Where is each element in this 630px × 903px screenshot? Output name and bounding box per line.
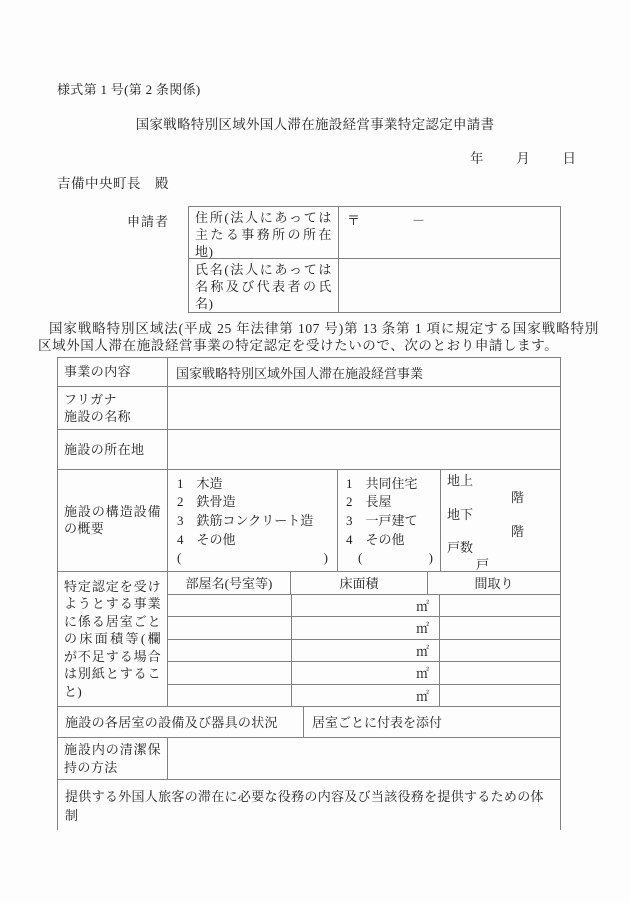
rooms-header-row: 部屋名(号室等) 床面積 間取り	[168, 572, 560, 595]
applicant-name-row: 氏名(法人にあっては名称及び代表者の氏名)	[189, 259, 560, 312]
building-type-option: 4 その他	[346, 531, 435, 550]
structure-label: 施設の構造設備の概要	[58, 470, 168, 571]
floors-above-label: 地上	[447, 473, 554, 490]
facility-name-label: フリガナ 施設の名称	[58, 387, 168, 429]
form-page: 様式第 1 号(第 2 条関係) 国家戦略特別区域外国人滞在施設経営事業特定認定…	[0, 0, 630, 903]
building-type-option: 3 一戸建て	[346, 512, 435, 531]
layout-cell	[440, 685, 560, 706]
main-table: 事業の内容 国家戦略特別区域外国人滞在施設経営事業 フリガナ 施設の名称 施設の…	[57, 357, 561, 830]
cleanliness-label: 施設内の清潔保持の方法	[58, 738, 168, 779]
facility-address-row: 施設の所在地	[58, 430, 560, 469]
room-rows: ㎡㎡㎡㎡㎡	[168, 595, 560, 706]
construction-option: 3 鉄筋コンクリート造	[177, 512, 328, 531]
floors-cell: 地上 階 地下 階 戸数 戸	[441, 470, 560, 571]
room-name-cell	[168, 662, 292, 683]
room-name-header: 部屋名(号室等)	[168, 572, 291, 594]
layout-cell	[440, 640, 560, 661]
room-row: ㎡	[168, 617, 560, 639]
applicant-name-label: 氏名(法人にあっては名称及び代表者の氏名)	[189, 259, 339, 312]
business-row: 事業の内容 国家戦略特別区域外国人滞在施設経営事業	[58, 358, 560, 387]
cleanliness-row: 施設内の清潔保持の方法	[58, 738, 560, 780]
intro-paragraph: 国家戦略特別区域法(平成 25 年法律第 107 号)第 13 条第 1 項に規…	[38, 320, 599, 355]
square-meter-unit: ㎡	[416, 663, 429, 682]
applicant-label: 申請者	[127, 211, 169, 230]
square-meter-unit: ㎡	[416, 596, 429, 615]
room-row: ㎡	[168, 662, 560, 684]
room-row: ㎡	[168, 640, 560, 662]
facility-name-value-cell	[168, 387, 560, 429]
floor-area-cell: ㎡	[292, 617, 440, 638]
layout-cell	[440, 617, 560, 638]
layout-cell	[440, 595, 560, 616]
applicant-address-label: 住所(法人にあっては主たる事務所の所在地)	[189, 207, 339, 258]
layout-cell	[440, 662, 560, 683]
building-type-option: 2 長屋	[346, 493, 435, 512]
services-label: 提供する外国人旅客の滞在に必要な役務の内容及び当該役務を提供するための体制	[58, 780, 560, 830]
facility-name-row: フリガナ 施設の名称	[58, 387, 560, 430]
floor-area-cell: ㎡	[292, 595, 440, 616]
floors-below-unit: 階	[447, 524, 554, 541]
construction-option: 1 木造	[177, 475, 328, 494]
services-row: 提供する外国人旅客の滞在に必要な役務の内容及び当該役務を提供するための体制	[58, 780, 560, 830]
square-meter-unit: ㎡	[416, 618, 429, 637]
date-year-label: 年	[470, 147, 484, 167]
applicant-name-value-cell	[339, 259, 560, 312]
applicant-table: 住所(法人にあっては主たる事務所の所在地) 〒 － 氏名(法人にあっては名称及び…	[188, 206, 561, 313]
date-month-label: 月	[516, 147, 530, 167]
room-row: ㎡	[168, 685, 560, 706]
unit-count-label: 戸数	[447, 540, 554, 557]
applicant-address-row: 住所(法人にあっては主たる事務所の所在地) 〒 －	[189, 207, 560, 259]
construction-options-cell: 1 木造 2 鉄骨造 3 鉄筋コンクリート造 4 その他 ( )	[168, 470, 338, 571]
floor-area-cell: ㎡	[292, 685, 440, 706]
floors-above-unit: 階	[447, 490, 554, 507]
rooms-row: 特定認定を受けようとする事業に係る居室ごとの床面積等(欄が不足する場合は別紙とす…	[58, 572, 560, 707]
equipment-value-cell: 居室ごとに付表を添付	[304, 707, 560, 737]
business-label: 事業の内容	[58, 358, 168, 386]
building-type-option: 1 共同住宅	[346, 475, 435, 494]
equipment-label: 施設の各居室の設備及び器具の状況	[58, 707, 304, 737]
room-name-cell	[168, 640, 292, 661]
building-type-options-cell: 1 共同住宅 2 長屋 3 一戸建て 4 その他 ( )	[338, 470, 441, 571]
construction-option: 2 鉄骨造	[177, 493, 328, 512]
construction-option: 4 その他	[177, 531, 328, 550]
rooms-label: 特定認定を受けようとする事業に係る居室ごとの床面積等(欄が不足する場合は別紙とす…	[58, 572, 168, 706]
facility-address-label: 施設の所在地	[58, 430, 168, 468]
room-name-cell	[168, 595, 292, 616]
floor-area-header: 床面積	[291, 572, 428, 594]
room-name-cell	[168, 617, 292, 638]
layout-header: 間取り	[428, 572, 560, 594]
building-type-other-blank: ( )	[346, 549, 435, 568]
page-title: 国家戦略特別区域外国人滞在施設経営事業特定認定申請書	[0, 113, 630, 133]
floor-area-cell: ㎡	[292, 640, 440, 661]
square-meter-unit: ㎡	[416, 686, 429, 705]
floor-area-cell: ㎡	[292, 662, 440, 683]
room-name-cell	[168, 685, 292, 706]
addressee: 吉備中央町長 殿	[57, 172, 169, 192]
rooms-subtable: 部屋名(号室等) 床面積 間取り ㎡㎡㎡㎡㎡	[168, 572, 560, 706]
room-row: ㎡	[168, 595, 560, 617]
square-meter-unit: ㎡	[416, 641, 429, 660]
cleanliness-value-cell	[168, 738, 560, 779]
business-value-cell: 国家戦略特別区域外国人滞在施設経営事業	[168, 358, 560, 386]
date-day-label: 日	[563, 147, 577, 167]
construction-other-blank: ( )	[177, 549, 328, 568]
equipment-row: 施設の各居室の設備及び器具の状況 居室ごとに付表を添付	[58, 707, 560, 738]
floors-below-label: 地下	[447, 507, 554, 524]
structure-row: 施設の構造設備の概要 1 木造 2 鉄骨造 3 鉄筋コンクリート造 4 その他 …	[58, 470, 560, 572]
date-line: 年 月 日	[470, 147, 576, 167]
applicant-address-value-cell: 〒 －	[339, 207, 560, 258]
form-number: 様式第 1 号(第 2 条関係)	[57, 79, 200, 98]
facility-address-value-cell	[168, 430, 560, 468]
